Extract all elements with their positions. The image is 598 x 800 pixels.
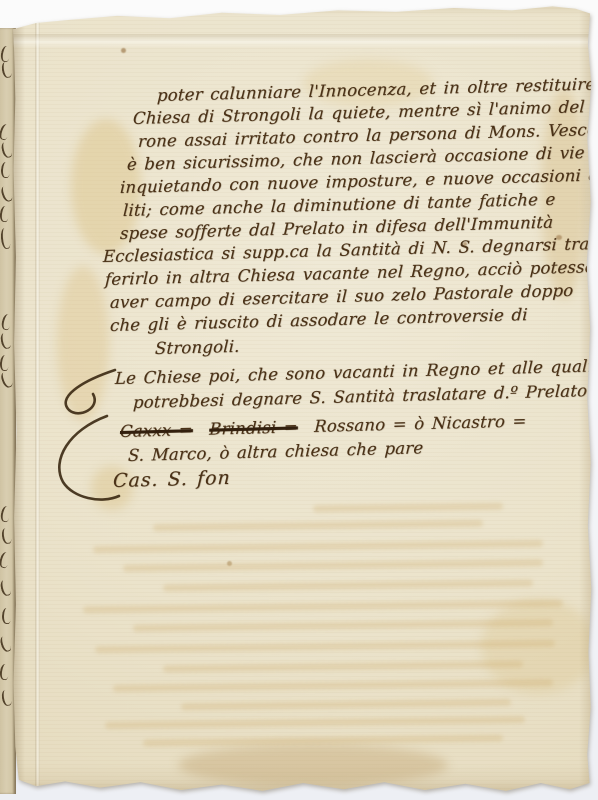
closing-abbreviation: Cas. S. fon <box>113 467 232 492</box>
showthrough-line <box>93 540 543 553</box>
adjacent-page-ink-mark <box>0 663 10 680</box>
adjacent-page-ink-mark <box>0 332 11 349</box>
adjacent-page-ink-mark <box>1 689 12 706</box>
adjacent-page-ink-mark <box>0 45 12 63</box>
struck-word: Caxxx = <box>120 420 194 441</box>
showthrough-line <box>105 716 525 729</box>
vertical-fold-crease <box>35 4 40 794</box>
manuscript-line-vacant-sees: Caxxx = Brindisi = Rossano = ò Nicastro … <box>120 411 529 441</box>
adjacent-page-ink-mark <box>0 185 13 203</box>
adjacent-page-ink-mark <box>0 635 12 653</box>
adjacent-page-ink-mark <box>0 371 13 389</box>
adjacent-page-ink-mark <box>0 551 11 569</box>
adjacent-page-ink-mark <box>1 61 12 78</box>
stain <box>57 266 109 421</box>
stain <box>178 744 448 786</box>
showthrough-line <box>163 579 533 591</box>
adjacent-page-ink-mark <box>0 228 10 250</box>
adjacent-page-ink-mark <box>0 162 11 179</box>
showthrough-line <box>181 699 511 711</box>
manuscript-page: poter calunniare l'Innocenza, et in oltr… <box>13 4 593 794</box>
showthrough-line <box>113 679 553 692</box>
adjacent-page-ink-mark <box>0 354 10 371</box>
scanned-manuscript-photo: poter calunniare l'Innocenza, et in oltr… <box>0 0 598 800</box>
adjacent-page-ink-mark <box>0 313 13 331</box>
adjacent-page-ink-mark <box>0 205 10 222</box>
adjacent-page-ink-mark <box>1 528 12 545</box>
showthrough-line <box>153 520 483 532</box>
showthrough-line <box>313 503 503 513</box>
foxing-spot <box>121 48 126 53</box>
showthrough-line <box>123 559 543 572</box>
adjacent-page-ink-mark <box>0 141 13 159</box>
manuscript-line: S. Marco, ò altra chiesa che pare <box>128 438 424 465</box>
adjacent-page-ink-mark <box>0 579 12 597</box>
adjacent-page-ink-mark <box>0 505 12 523</box>
vacant-sees-remaining: Rossano = ò Nicastro = <box>314 411 527 436</box>
adjacent-page-ink-mark <box>0 123 11 141</box>
manuscript-line: Strongoli. <box>155 337 240 358</box>
paper-sheet: poter calunniare l'Innocenza, et in oltr… <box>13 4 593 794</box>
horizontal-fold-crease <box>13 34 593 48</box>
showthrough-line <box>163 660 523 672</box>
showthrough-line <box>83 600 563 614</box>
adjacent-page-ink-mark <box>1 608 11 625</box>
struck-word: Brindisi = <box>209 417 298 438</box>
